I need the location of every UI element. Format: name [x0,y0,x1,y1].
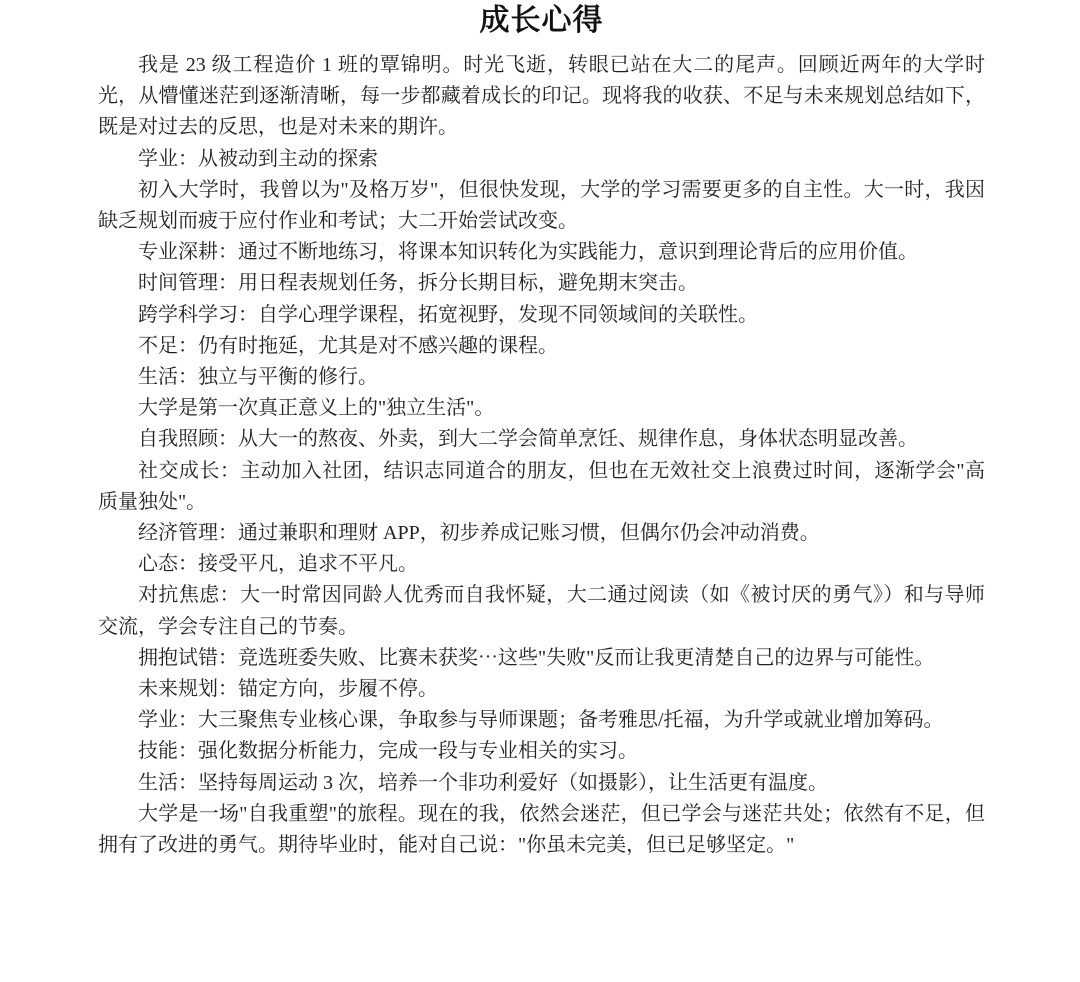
paragraph: 拥抱试错：竞选班委失败、比赛未获奖⋯这些"失败"反而让我更清楚自己的边界与可能性… [98,643,985,674]
paragraph: 心态：接受平凡，追求不平凡。 [98,549,985,580]
paragraph: 跨学科学习：自学心理学课程，拓宽视野，发现不同领域间的关联性。 [98,300,985,331]
document-page: 成长心得 我是 23 级工程造价 1 班的覃锦明。时光飞逝，转眼已站在大二的尾声… [0,0,1080,982]
paragraph: 初入大学时，我曾以为"及格万岁"，但很快发现，大学的学习需要更多的自主性。大一时… [98,175,985,237]
paragraph: 专业深耕：通过不断地练习，将课本知识转化为实践能力，意识到理论背后的应用价值。 [98,237,985,268]
paragraph: 自我照顾：从大一的熬夜、外卖，到大二学会简单烹饪、规律作息，身体状态明显改善。 [98,424,985,455]
paragraph: 我是 23 级工程造价 1 班的覃锦明。时光飞逝，转眼已站在大二的尾声。回顾近两… [98,50,985,144]
paragraph: 大学是一场"自我重塑"的旅程。现在的我，依然会迷茫，但已学会与迷茫共处；依然有不… [98,799,985,861]
paragraph: 对抗焦虑：大一时常因同龄人优秀而自我怀疑，大二通过阅读（如《被讨厌的勇气》）和与… [98,580,985,642]
paragraph: 社交成长：主动加入社团，结识志同道合的朋友，但也在无效社交上浪费过时间，逐渐学会… [98,456,985,518]
paragraph: 学业：从被动到主动的探索 [98,144,985,175]
paragraph: 不足：仍有时拖延，尤其是对不感兴趣的课程。 [98,331,985,362]
document-body: 我是 23 级工程造价 1 班的覃锦明。时光飞逝，转眼已站在大二的尾声。回顾近两… [98,50,985,861]
document-title: 成长心得 [98,2,985,40]
paragraph: 学业：大三聚焦专业核心课，争取参与导师课题；备考雅思/托福，为升学或就业增加筹码… [98,705,985,736]
paragraph: 未来规划：锚定方向，步履不停。 [98,674,985,705]
paragraph: 生活：独立与平衡的修行。 [98,362,985,393]
paragraph: 大学是第一次真正意义上的"独立生活"。 [98,393,985,424]
paragraph: 技能：强化数据分析能力，完成一段与专业相关的实习。 [98,736,985,767]
paragraph: 时间管理：用日程表规划任务，拆分长期目标，避免期末突击。 [98,268,985,299]
paragraph: 经济管理：通过兼职和理财 APP，初步养成记账习惯，但偶尔仍会冲动消费。 [98,518,985,549]
paragraph: 生活：坚持每周运动 3 次，培养一个非功利爱好（如摄影），让生活更有温度。 [98,768,985,799]
